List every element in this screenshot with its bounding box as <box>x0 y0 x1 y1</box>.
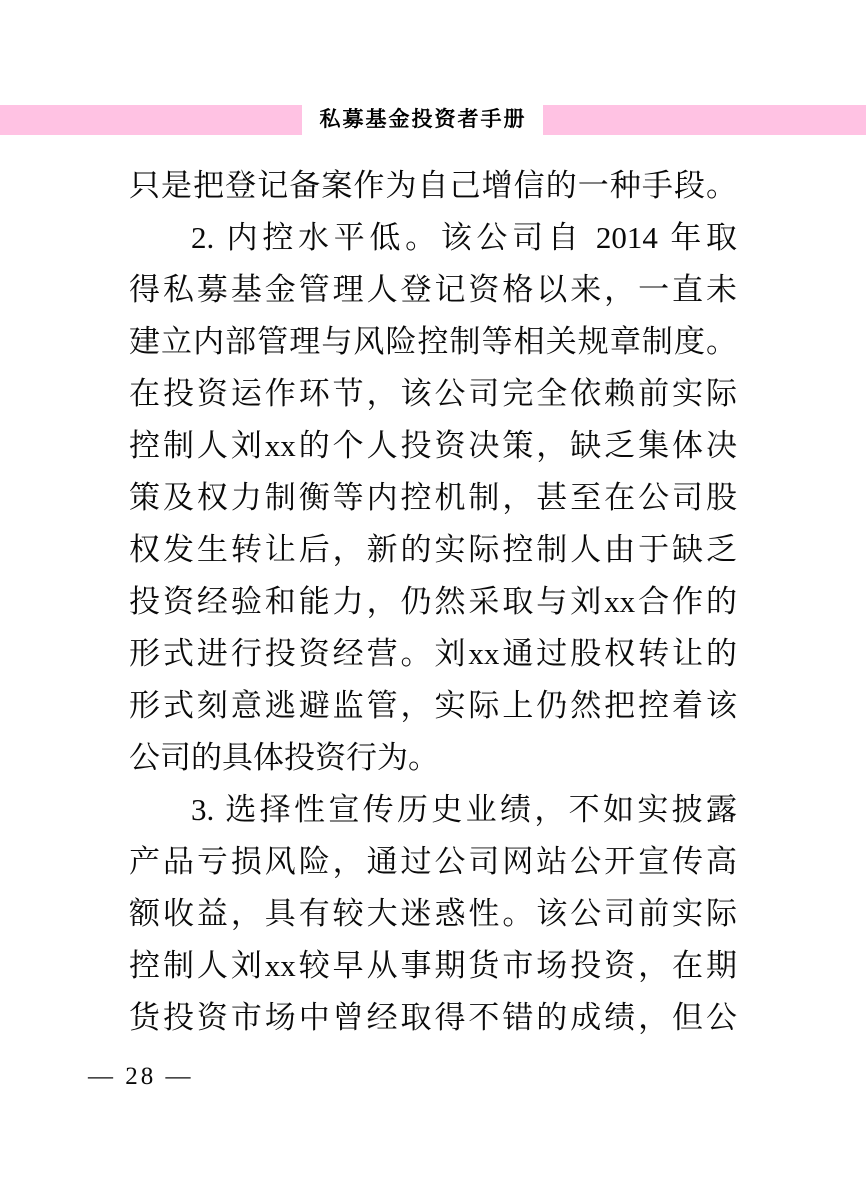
page-header: 私募基金投资者手册 <box>0 105 866 135</box>
text-line: 形式刻意逃避监管，实际上仍然把控着该 <box>129 680 737 732</box>
text-line: 公司的具体投资行为。 <box>129 732 737 784</box>
text-line: 权发生转让后，新的实际控制人由于缺乏 <box>129 524 737 576</box>
text-line: 控制人刘xx的个人投资决策，缺乏集体决 <box>129 420 737 472</box>
running-head-title: 私募基金投资者手册 <box>303 105 543 135</box>
text-line: 形式进行投资经营。刘xx通过股权转让的 <box>129 628 737 680</box>
text-line: 产品亏损风险，通过公司网站公开宣传高 <box>129 836 737 888</box>
text-line: 额收益，具有较大迷惑性。该公司前实际 <box>129 888 737 940</box>
text-line: 控制人刘xx较早从事期货市场投资，在期 <box>129 940 737 992</box>
text-line: 得私募基金管理人登记资格以来，一直未 <box>129 264 737 316</box>
text-line: 策及权力制衡等内控机制，甚至在公司股 <box>129 472 737 524</box>
page-number: — 28 — <box>88 1063 194 1091</box>
text-line: 只是把登记备案作为自己增信的一种手段。 <box>129 160 737 212</box>
body-text: 只是把登记备案作为自己增信的一种手段。 2. 内控水平低。该公司自 2014 年… <box>129 160 737 1044</box>
text-line: 投资经验和能力，仍然采取与刘xx合作的 <box>129 576 737 628</box>
text-line: 建立内部管理与风险控制等相关规章制度。 <box>129 316 737 368</box>
text-line: 2. 内控水平低。该公司自 2014 年取 <box>129 212 737 264</box>
text-line: 货投资市场中曾经取得不错的成绩，但公 <box>129 992 737 1044</box>
book-page: 私募基金投资者手册 只是把登记备案作为自己增信的一种手段。 2. 内控水平低。该… <box>0 0 866 1189</box>
text-line: 在投资运作环节，该公司完全依赖前实际 <box>129 368 737 420</box>
text-line: 3. 选择性宣传历史业绩，不如实披露 <box>129 784 737 836</box>
header-rule-left <box>0 105 302 135</box>
header-rule-right <box>543 105 866 135</box>
